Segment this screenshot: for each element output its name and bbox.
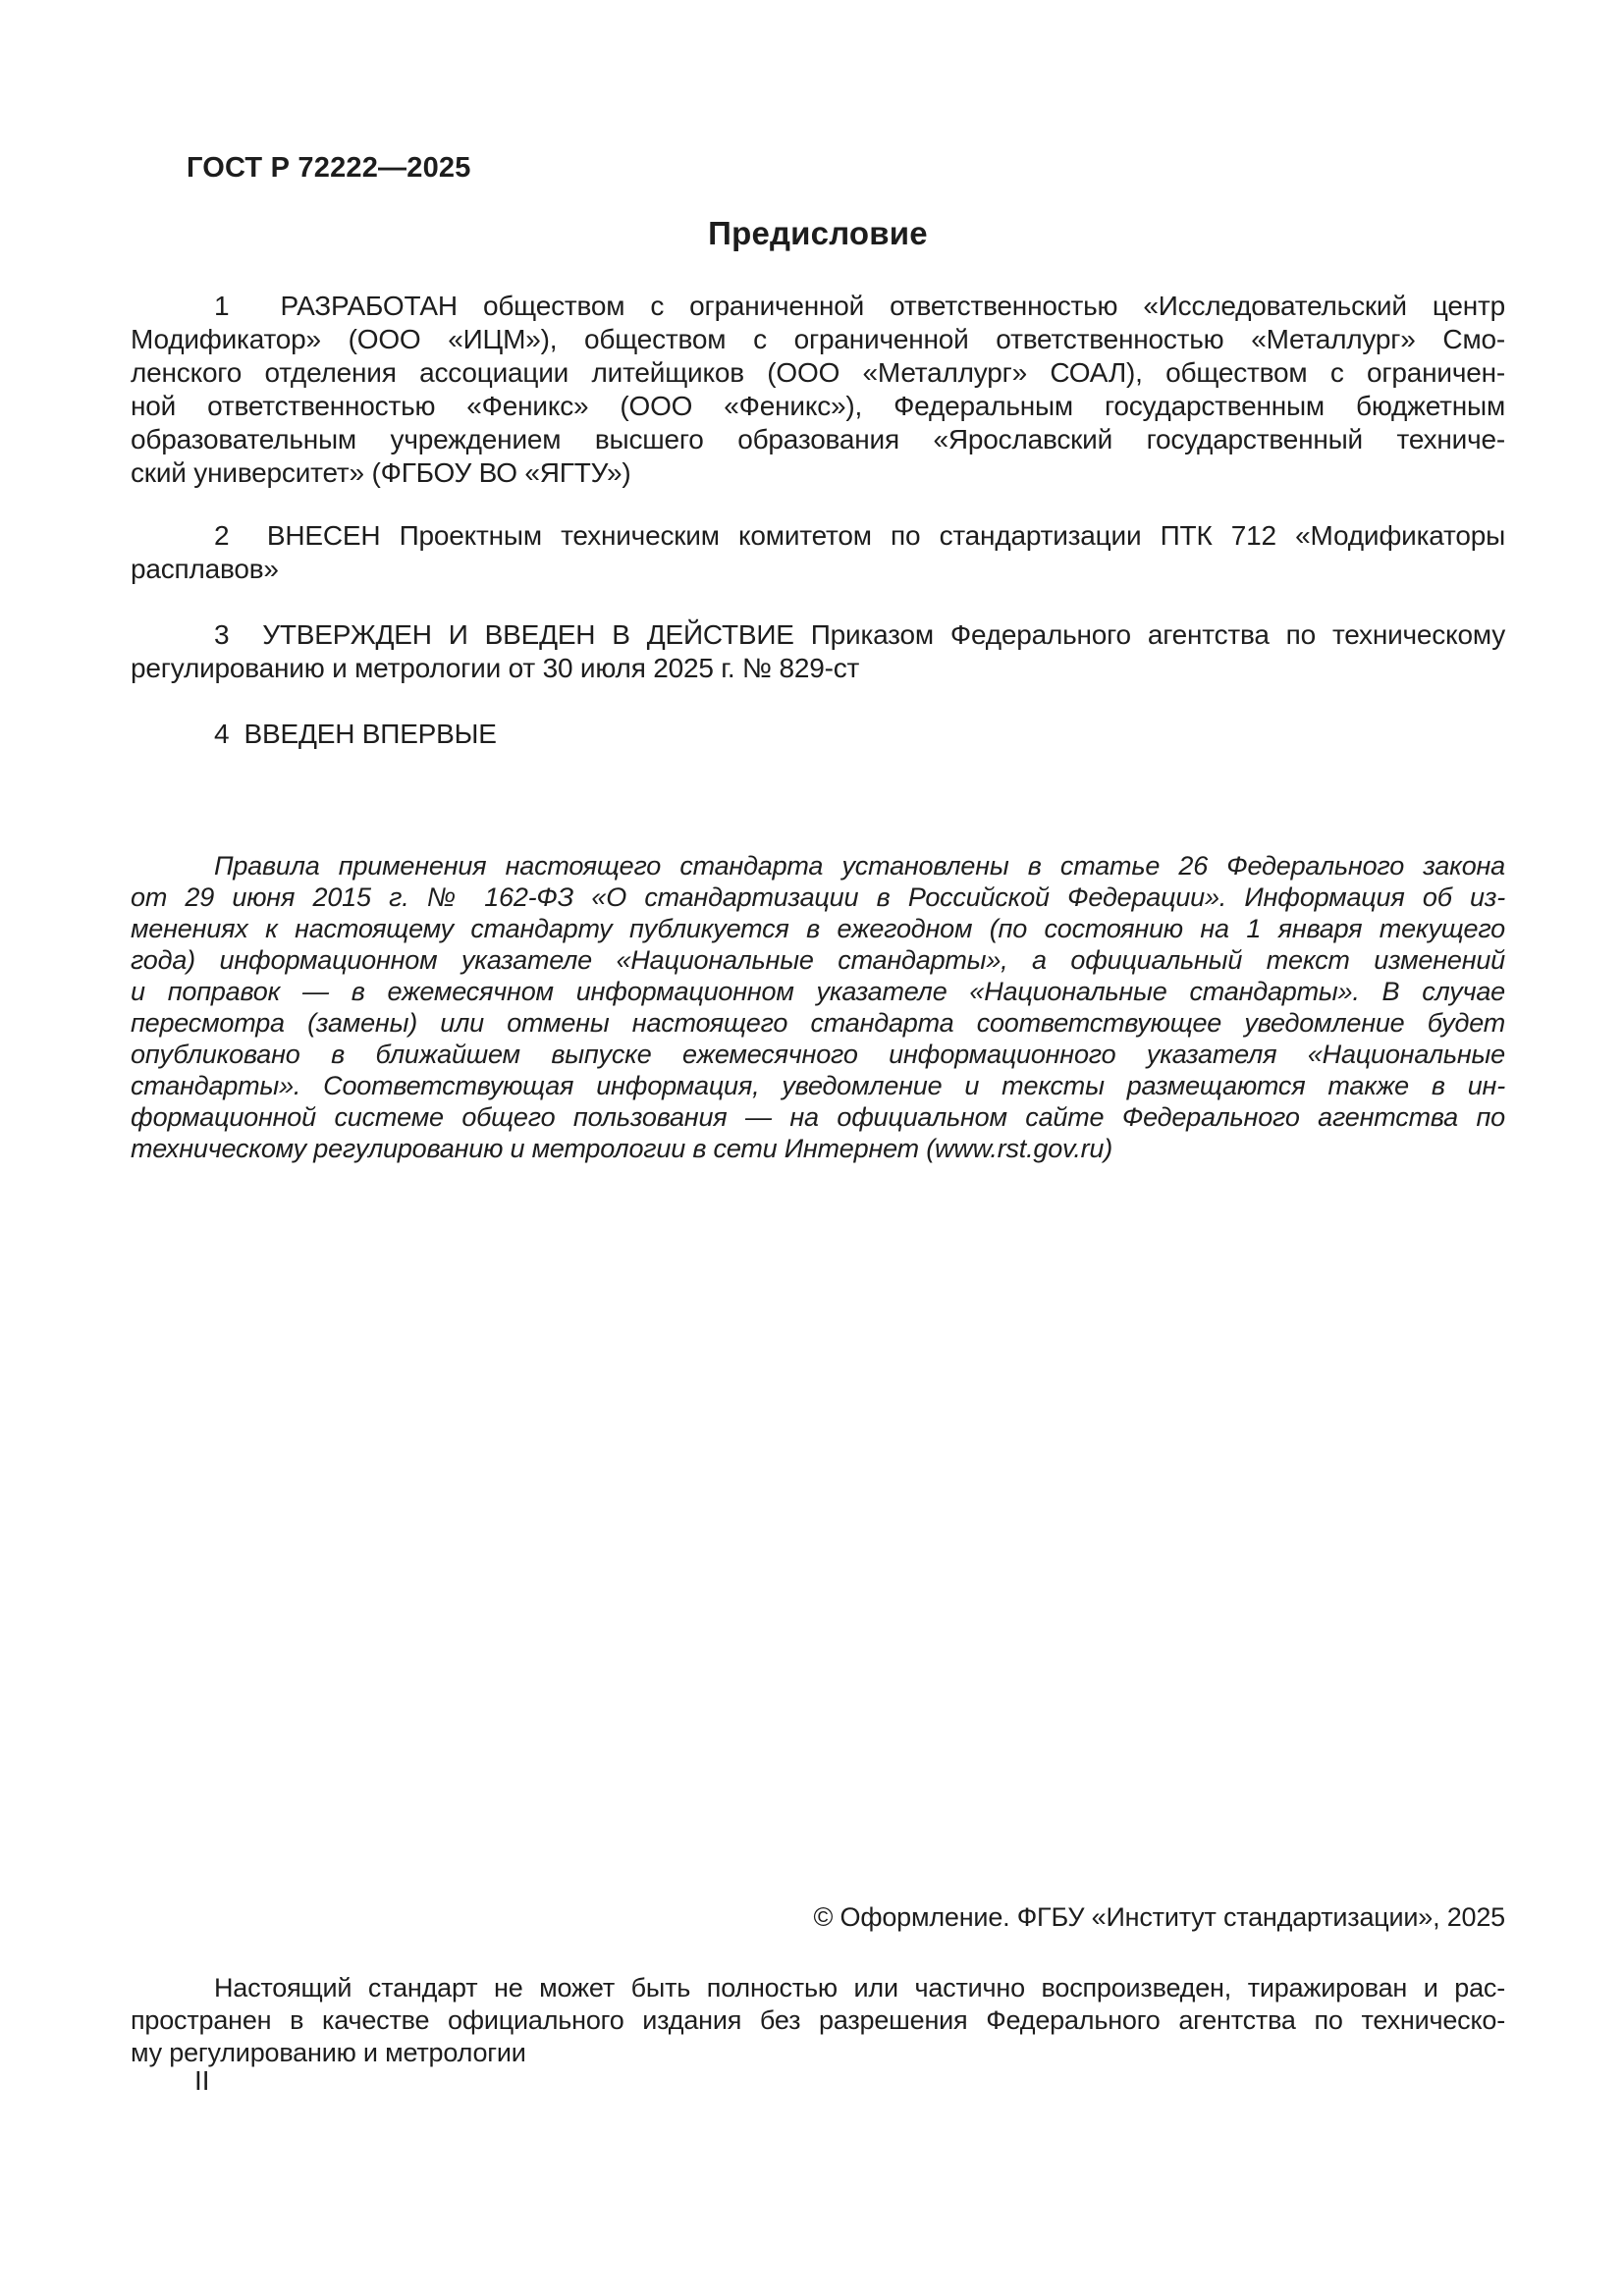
text-line: пересмотра (замены) или отмены настоящег… (131, 1007, 1505, 1039)
text-line: стандарты». Соответствующая информация, … (131, 1070, 1505, 1101)
text-line: пространен в качестве официального издан… (131, 2004, 1505, 2037)
text-line: 1 РАЗРАБОТАН обществом с ограниченной от… (131, 290, 1505, 323)
text-line: техническому регулированию и метрологии … (131, 1133, 1505, 1164)
text-line: ский университет» (ФГБОУ ВО «ЯГТУ») (131, 456, 1505, 490)
doc-code-header: ГОСТ Р 72222—2025 (187, 152, 471, 185)
document-page: ГОСТ Р 72222—2025 Предисловие 1 РАЗРАБОТ… (0, 0, 1624, 2296)
text-line: Правила применения настоящего стандарта … (131, 850, 1505, 881)
text-line: от 29 июня 2015 г. № 162-ФЗ «О стандарти… (131, 881, 1505, 913)
text-line: и поправок — в ежемесячном информационно… (131, 976, 1505, 1007)
text-line: Настоящий стандарт не может быть полност… (131, 1972, 1505, 2004)
text-line: опубликовано в ближайшем выпуске ежемеся… (131, 1039, 1505, 1070)
page-number: II (194, 2065, 210, 2097)
text-line: года) информационном указателе «Национал… (131, 944, 1505, 976)
section-title: Предисловие (131, 215, 1505, 252)
text-line: расплавов» (131, 553, 1505, 586)
text-line: 3 УТВЕРЖДЕН И ВВЕДЕН В ДЕЙСТВИЕ Приказом… (131, 618, 1505, 652)
text-line: образовательным учреждением высшего обра… (131, 423, 1505, 456)
text-line: формационной системе общего пользования … (131, 1101, 1505, 1133)
reproduction-notice: Настоящий стандарт не может быть полност… (131, 1972, 1505, 2069)
clause-first-time: 4 ВВЕДЕН ВПЕРВЫЕ (131, 718, 1505, 751)
clause-submitted: 2 ВНЕСЕН Проектным техническим комитетом… (131, 519, 1505, 586)
application-rules-paragraph: Правила применения настоящего стандарта … (131, 850, 1505, 1164)
text-line: менениях к настоящему стандарту публикуе… (131, 913, 1505, 944)
text-line: му регулированию и метрологии (131, 2037, 1505, 2069)
copyright-line: © Оформление. ФГБУ «Институт стандартиза… (131, 1902, 1505, 1933)
clause-developed: 1 РАЗРАБОТАН обществом с ограниченной от… (131, 290, 1505, 490)
text-line: ленского отделения ассоциации литейщиков… (131, 356, 1505, 390)
text-line: 4 ВВЕДЕН ВПЕРВЫЕ (131, 718, 1505, 751)
clause-approved: 3 УТВЕРЖДЕН И ВВЕДЕН В ДЕЙСТВИЕ Приказом… (131, 618, 1505, 685)
text-line: ной ответственностью «Феникс» (ООО «Фени… (131, 390, 1505, 423)
text-line: Модификатор» (ООО «ИЦМ»), обществом с ог… (131, 323, 1505, 356)
text-line: регулированию и метрологии от 30 июля 20… (131, 652, 1505, 685)
text-line: 2 ВНЕСЕН Проектным техническим комитетом… (131, 519, 1505, 553)
